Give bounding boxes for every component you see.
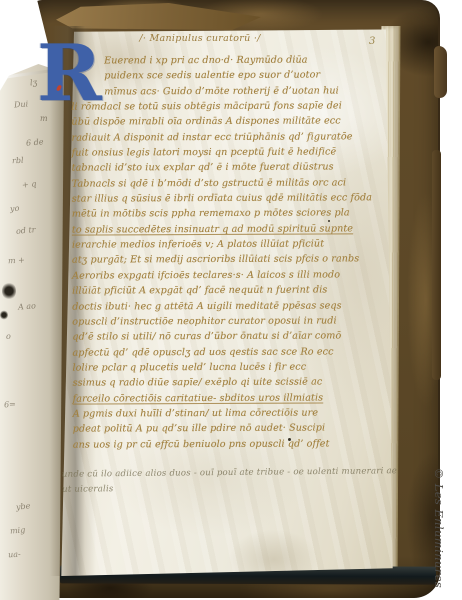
marginalia-fragment: Dui <box>14 100 29 110</box>
marginalia-fragment: od tr <box>16 225 36 236</box>
leather-edge-bump <box>434 46 447 98</box>
manuscript-photo: lʒDuim6 derbl+ qyood trm +A aoo6=ybemigu… <box>0 0 462 600</box>
manuscript-text-line: opuscli d’instructiōe neophitor curator … <box>72 315 344 332</box>
manuscript-text-line: apfectū qd’ qdē opusclʒ ad uos qestis sa… <box>72 346 344 363</box>
marginalia-fragment: rbl <box>12 156 24 166</box>
marginalia-fragment: o <box>6 332 11 341</box>
folio-number: 3 <box>369 36 375 47</box>
ink-blob <box>2 282 16 300</box>
photo-credit: © Les Enluminures <box>430 458 446 598</box>
ink-blob <box>0 310 8 320</box>
marginalia-fragment: mig <box>10 525 26 535</box>
manuscript-text-line: ssimus q radio diūe sapīe/ exēplo qi uit… <box>73 377 345 394</box>
marginalia-fragment: ybe <box>16 501 31 511</box>
manuscript-text-line: Aeroribs expgati ifcioēs teclares·s· A l… <box>72 269 344 286</box>
facing-page-strip: lʒDuim6 derbl+ qyood trm +A aoo6=ybemigu… <box>0 64 64 600</box>
marginalia-fragment: m + <box>8 256 25 266</box>
manuscript-text-line: lolire pclar q plucetis ueld’ lucna lucē… <box>72 361 344 378</box>
manuscript-text-line: illūiāt pficiūt A expgāt qd’ facē nequūt… <box>72 285 344 302</box>
marginalia-fragment: 6= <box>4 400 16 410</box>
title-decoration-right: ·/ <box>254 33 261 44</box>
manuscript-text-line: farceilo cōrectiōis caritatiue- sbditos … <box>73 392 345 409</box>
manuscript-text-line: A pgmis duxi huīli d’stinan/ ut lima cōr… <box>73 407 345 424</box>
page-title: Manipulus curatorū <box>149 33 250 44</box>
annotation-block: unde cū ilo adiice alios duos - ouī pouī… <box>62 466 388 499</box>
title-decoration-left: /· <box>139 33 146 44</box>
marginalia-fragment: ua- <box>8 550 21 560</box>
manuscript-text-line: to saplis succedētes insinuatr q ad modū… <box>72 223 344 240</box>
manuscript-text-line: tabnacli id’sto iux explar qd’ ē i mōte … <box>72 162 344 179</box>
manuscript-text-line: radiauit A disponit ad instar ecc triūph… <box>71 131 343 148</box>
manuscript-text-line: Euerend i xp pri ac dno·d· Raymūdo diūa <box>104 54 343 70</box>
manuscript-text-line: puidenx sce sedis ualentie epo suor d’uo… <box>104 70 343 86</box>
running-title: /· Manipulus curatorū ·/ <box>118 33 282 44</box>
manuscript-text-line: atʒ purgāt; Et si medij ascrioribs illūi… <box>72 254 344 271</box>
manuscript-text-line: fuit onsius legis latori moysi qn pceptū… <box>72 146 344 163</box>
marginalia-fragment: yo <box>10 204 20 214</box>
manuscript-text-line: mētū in mōtibs scis ppha rememaxo p mōte… <box>72 208 344 225</box>
manuscript-text-line: Tabnacls si qdē i b’mōdi d’sto gstructū … <box>72 177 344 194</box>
marginalia-fragment: + q <box>22 179 37 189</box>
manuscript-text-line: li rōmdacl se totū suis obtēgis māciparū… <box>71 100 343 117</box>
manuscript-text-line: ans uos ig pr cū effcū beniuolo pns opus… <box>73 438 345 455</box>
manuscript-text-line: pdeat politū A pu qd’su ille pdire nō au… <box>73 423 345 440</box>
marginalia-fragment: A ao <box>18 301 37 312</box>
manuscript-text-line: ierarchie medios inferioēs v; A platos i… <box>72 239 344 256</box>
manuscript-text-line: doctis ibuti· hec g attētā A uigili medi… <box>72 300 344 317</box>
manuscript-text-line: qd’ē stilo si utili/ nō curas d’ūbor ōna… <box>72 331 344 348</box>
manuscript-text-line: mīmus acs· Guido d’mōte rotherij ē d’uot… <box>104 85 343 101</box>
manuscript-text-block: Euerend i xp pri ac dno·d· Raymūdo diūap… <box>71 54 345 454</box>
leather-edge-bump <box>432 150 441 380</box>
manuscript-text-line: ūbū dispōe mirabli oīa ordinās A dispone… <box>71 116 343 133</box>
manuscript-text-line: star illius q sūsius ē ibrli ordīata cui… <box>72 193 344 210</box>
marginalia-fragment: 6 de <box>26 137 44 147</box>
